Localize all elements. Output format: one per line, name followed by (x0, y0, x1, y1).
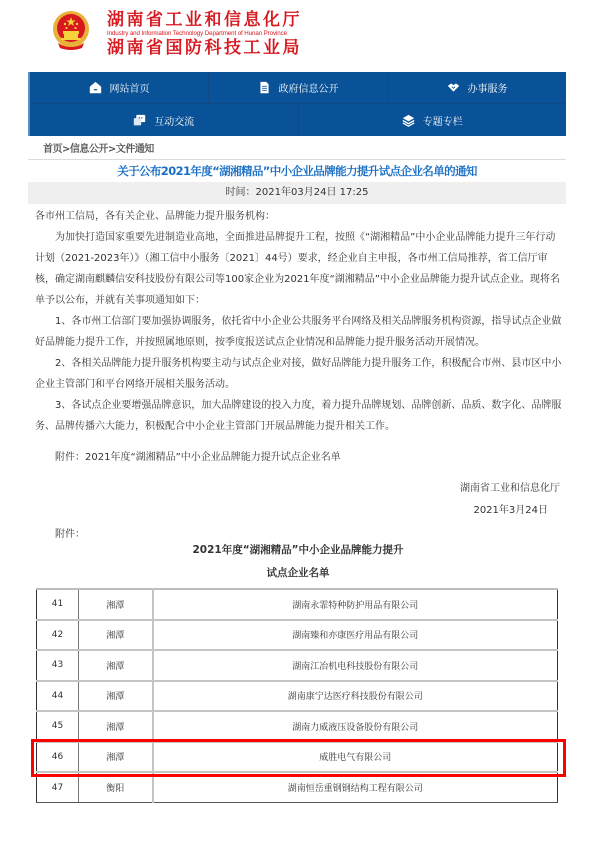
row-city: 湘潭 (79, 711, 153, 742)
row-city: 湘潭 (79, 620, 153, 651)
row-company: 湖南力威液压设备股份有限公司 (153, 711, 558, 742)
org-name-cn: 湖南省工业和信息化厅 (107, 10, 302, 30)
row-number: 45 (37, 711, 79, 742)
row-city: 湘潭 (79, 589, 153, 620)
nav-row-2: 互动交流 专题专栏 (30, 104, 566, 136)
nav-item-gov-info[interactable]: 政府信息公开 (209, 72, 388, 103)
row-city: 湘潭 (79, 742, 153, 773)
table-row: 42 湘潭 湖南臻和亦康医疗用品有限公司 (37, 620, 558, 651)
layers-icon (402, 114, 415, 127)
attachment-label: 附件： (55, 525, 85, 540)
row-number: 42 (37, 620, 79, 651)
chat-icon (133, 114, 146, 127)
nav-label: 网站首页 (110, 80, 150, 95)
breadcrumb-separator: > (62, 144, 70, 155)
article-body: 各市州工信局，各有关企业、品牌能力提升服务机构： 为加快打造国家重要先进制造业高… (35, 206, 565, 468)
row-company: 湖南臻和亦康医疗用品有限公司 (153, 620, 558, 651)
table-row: 43 湘潭 湖南江冶机电科技股份有限公司 (37, 650, 558, 681)
nav-label: 政府信息公开 (279, 80, 339, 95)
row-company: 湖南江冶机电科技股份有限公司 (153, 650, 558, 681)
attachment-link[interactable]: 附件：2021年度“湖湘精品”中小企业品牌能力提升试点企业名单 (35, 447, 565, 468)
org-name-en: Industry and Information Technology Depa… (107, 30, 302, 38)
home-icon (89, 81, 102, 94)
nav-row-1: 网站首页 政府信息公开 办事服务 (30, 72, 566, 104)
handshake-icon (447, 81, 460, 94)
row-company: 威胜电气有限公司 (153, 742, 558, 773)
page-title: 关于公布2021年度“湖湘精品”中小企业品牌能力提升试点企业名单的通知 (28, 163, 566, 179)
org-name-cn-2: 湖南省国防科技工业局 (107, 38, 302, 58)
row-number: 41 (37, 589, 79, 620)
table-row: 47 衡阳 湖南恒岳重钢钢结构工程有限公司 (37, 772, 558, 803)
signature-date: 2021年3月24日 (473, 500, 548, 521)
row-city: 衡阳 (79, 772, 153, 803)
main-nav: 网站首页 政府信息公开 办事服务 互动交流 专题专栏 (28, 72, 566, 136)
row-company: 湖南恒岳重钢钢结构工程有限公司 (153, 772, 558, 803)
row-company: 湖南康宁达医疗科技股份有限公司 (153, 681, 558, 712)
table-row: 44 湘潭 湖南康宁达医疗科技股份有限公司 (37, 681, 558, 712)
item-paragraph-3: 3、各试点企业要增强品牌意识，加大品牌建设的投入力度，着力提升品牌规划、品牌创新… (35, 395, 565, 437)
table-row-highlighted: 46 湘潭 威胜电气有限公司 (37, 742, 558, 773)
row-number: 46 (37, 742, 79, 773)
row-city: 湘潭 (79, 650, 153, 681)
nav-item-home[interactable]: 网站首页 (30, 72, 209, 103)
breadcrumb-separator: > (108, 144, 116, 155)
nav-label: 互动交流 (154, 113, 194, 128)
row-number: 47 (37, 772, 79, 803)
table-row: 45 湘潭 湖南力威液压设备股份有限公司 (37, 711, 558, 742)
list-title-line-1: 2021年度“湖湘精品”中小企业品牌能力提升 (0, 542, 596, 557)
signature-org: 湖南省工业和信息化厅 (460, 478, 560, 499)
intro-paragraph: 为加快打造国家重要先进制造业高地，全面推进品牌提升工程，按照《“湖湘精品”中小企… (35, 227, 565, 311)
row-company: 湖南永霏特种防护用品有限公司 (153, 589, 558, 620)
brand-title[interactable]: 湖南省工业和信息化厅 Industry and Information Tech… (107, 10, 302, 58)
nav-item-services[interactable]: 办事服务 (388, 72, 566, 103)
national-emblem-icon (52, 10, 90, 52)
row-city: 湘潭 (79, 681, 153, 712)
nav-item-topics[interactable]: 专题专栏 (299, 104, 567, 136)
nav-label: 专题专栏 (423, 113, 463, 128)
publish-time: 时间：2021年03月24日 17:25 (28, 182, 566, 204)
breadcrumb: 首页>信息公开>文件通知 (43, 140, 154, 155)
breadcrumb-home[interactable]: 首页 (43, 144, 62, 155)
list-title-line-2: 试点企业名单 (0, 565, 596, 580)
salutation: 各市州工信局，各有关企业、品牌能力提升服务机构： (35, 206, 565, 227)
divider (28, 159, 566, 160)
breadcrumb-info-public[interactable]: 信息公开 (70, 144, 108, 155)
row-number: 44 (37, 681, 79, 712)
document-icon (258, 81, 271, 94)
breadcrumb-notices[interactable]: 文件通知 (116, 144, 154, 155)
table-row: 41 湘潭 湖南永霏特种防护用品有限公司 (37, 589, 558, 620)
site-header: 湖南省工业和信息化厅 Industry and Information Tech… (0, 0, 596, 68)
item-paragraph-2: 2、各相关品牌能力提升服务机构要主动与试点企业对接，做好品牌能力提升服务工作，积… (35, 353, 565, 395)
nav-item-interaction[interactable]: 互动交流 (30, 104, 299, 136)
company-table: 41 湘潭 湖南永霏特种防护用品有限公司 42 湘潭 湖南臻和亦康医疗用品有限公… (36, 588, 558, 803)
item-paragraph-1: 1、各市州工信部门要加强协调服务，依托省中小企业公共服务平台网络及相关品牌服务机… (35, 311, 565, 353)
row-number: 43 (37, 650, 79, 681)
nav-label: 办事服务 (468, 80, 508, 95)
